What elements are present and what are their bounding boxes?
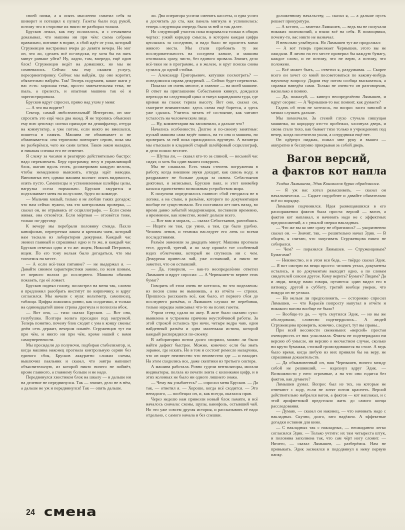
text-column-1-body: своей пачки, а я опять мысленно схватил … [21, 13, 131, 391]
paragraph: — Вот вам и мораль, — сказал Себастьянов… [146, 218, 258, 240]
paragraph: Брусков вдруг спросил, прямо над ухом у … [21, 99, 131, 104]
article-headline: Вагон версий, а фактов кот наплакал... [272, 152, 385, 177]
article-headline-line2: а фактов кот наплакал... [272, 165, 385, 178]
paragraph: Говорить об этом очень не хотелось, но ч… [146, 283, 258, 310]
paragraph: своей пачки, а я опять мысленно схватил … [21, 13, 131, 29]
paragraph: Он одёрнул пиджак, пожал мне руку и выше… [271, 137, 386, 148]
paragraph: Показал он очень многое, и главное — на … [146, 83, 258, 121]
page-footer: 24 смена [26, 504, 97, 520]
previous-article-ending: доложенному начальству, — сказал я, — а … [271, 13, 386, 148]
paragraph: Мы не слышали. Есть такая степень погруж… [146, 164, 258, 191]
paragraph: В лаборатории потом долго спорили, можно… [146, 337, 258, 364]
paragraph: К вечеру мы перебрали половину стенда. П… [21, 224, 131, 262]
paragraph: Утром стенд сдали по акту. В акте было с… [146, 310, 258, 337]
paragraph: Я слежу за часами и реагирую действитель… [21, 153, 131, 196]
paragraph: — Вот она, — тихо сказал Брусков. — Вот … [21, 310, 131, 342]
paragraph: К полуночи определилось главное: сбой гн… [146, 191, 258, 218]
page-number: 24 [26, 508, 35, 517]
paragraph: — Шутка ли, — сказал кто-то за спиной, —… [146, 153, 258, 164]
paragraph: — Всё может быть, — ответил я, раздумыва… [271, 67, 386, 94]
magazine-logo: смена [44, 505, 97, 519]
paragraph: Но следующий участок пока вскрывался тол… [146, 29, 258, 72]
paragraph: доложенному начальству, — сказал я, — а … [271, 13, 386, 24]
paragraph: — Чем? — поразился Лямышев. — Струженцов… [271, 247, 386, 258]
paragraph: Передвинулся хвостиком блок на шкалу — и… [21, 375, 131, 391]
text-column-3: доложенному начальству, — сказал я, — а … [271, 13, 386, 505]
paragraph: — Да обыкновенный он, ваш Чернышев, ниче… [271, 360, 386, 382]
paragraph: Через неделю нам привезли новый блок пам… [146, 396, 258, 418]
magazine-page: своей пачки, а я опять мысленно схватил … [0, 0, 405, 530]
paragraph: — А вот теперь приезжает Чернышев, этого… [271, 45, 386, 67]
paragraph: — С накладных так с накладных, — неожида… [271, 425, 386, 457]
paragraph: Сектор, самый любознательный! Интересно,… [21, 110, 131, 153]
text-column-1: своей пачки, а я опять мысленно схватил … [21, 13, 131, 505]
paragraph: Мы просидели до полуночи, подбирая стаби… [21, 342, 131, 374]
paragraph: Лямышев подчинился. Идея размещавшихся в… [271, 204, 386, 226]
paragraph: — А если всё-таки питание? — не выдержал… [21, 261, 131, 283]
paragraph: — Александр Григорьевич, катушки посмотр… [146, 72, 258, 83]
paragraph: Разъём заменили за двадцать минут. Машин… [146, 240, 258, 267]
text-column-3-body: доложенному начальству, — сказал я, — а … [271, 13, 386, 457]
paragraph: Брусков лежал, как ему полагалось, и с о… [21, 29, 131, 99]
article-lead: Усадив Лямышева, Эдик Коновалов бурно об… [271, 181, 386, 186]
paragraph: Брусков поднял голову, посмотрел на меня… [21, 283, 131, 310]
paragraph: Лямышев думал. Вопрос был из тех, на кот… [271, 382, 386, 409]
paragraph: Мы помолчали. За стеной глухо стучала пи… [271, 116, 386, 138]
paragraph: Гадать об этом не хотелось, но вопрос за… [271, 105, 386, 116]
paragraph: — Чему вы улыбаетесь? — спросил меня Бру… [146, 380, 258, 396]
paragraph: — Думаю, — сказал он наконец, — что начи… [271, 409, 386, 425]
article-headline-line1: Вагон версий, [272, 152, 385, 165]
paragraph: — Да, говорили, — как-то неопределённо о… [146, 267, 258, 283]
paragraph: Начались особенности. Долгие и по-своему… [146, 126, 258, 153]
paragraph: — Вообще-то да, — чуть смутился Эдик, — … [271, 312, 386, 328]
paragraph: ли. Два оператора успели сменить кассеты… [146, 13, 258, 29]
text-column-2-body: ли. Два оператора успели сменить кассеты… [146, 13, 258, 418]
paragraph: — Я уж вас хотел разыскивать, — сказал о… [271, 187, 386, 203]
paragraph: А машина работала. Ровно гудели вентилят… [146, 364, 258, 380]
paragraph: — Да, пожалуй, — кивнул неопределённо Ля… [271, 94, 386, 105]
paragraph: — Мальчик милый, только я не люблю таких… [21, 197, 131, 224]
paragraph: — Но нельзя ли предположить, — осторожно… [271, 295, 386, 311]
paragraph: — А кстати, — заметил Лямышев, — ведь вы… [271, 24, 386, 40]
paragraph: — Что же вы ко мне сразу не обратились? … [271, 225, 386, 247]
paragraph: При всей весомости свеженьких «версий» п… [271, 328, 386, 360]
article-body: — Я уж вас хотел разыскивать, — сказал о… [271, 187, 386, 457]
text-column-2: ли. Два оператора успели сменить кассеты… [146, 13, 258, 505]
paragraph: — Неизвестно, и в этом вся беда, — твёрд… [271, 258, 386, 296]
